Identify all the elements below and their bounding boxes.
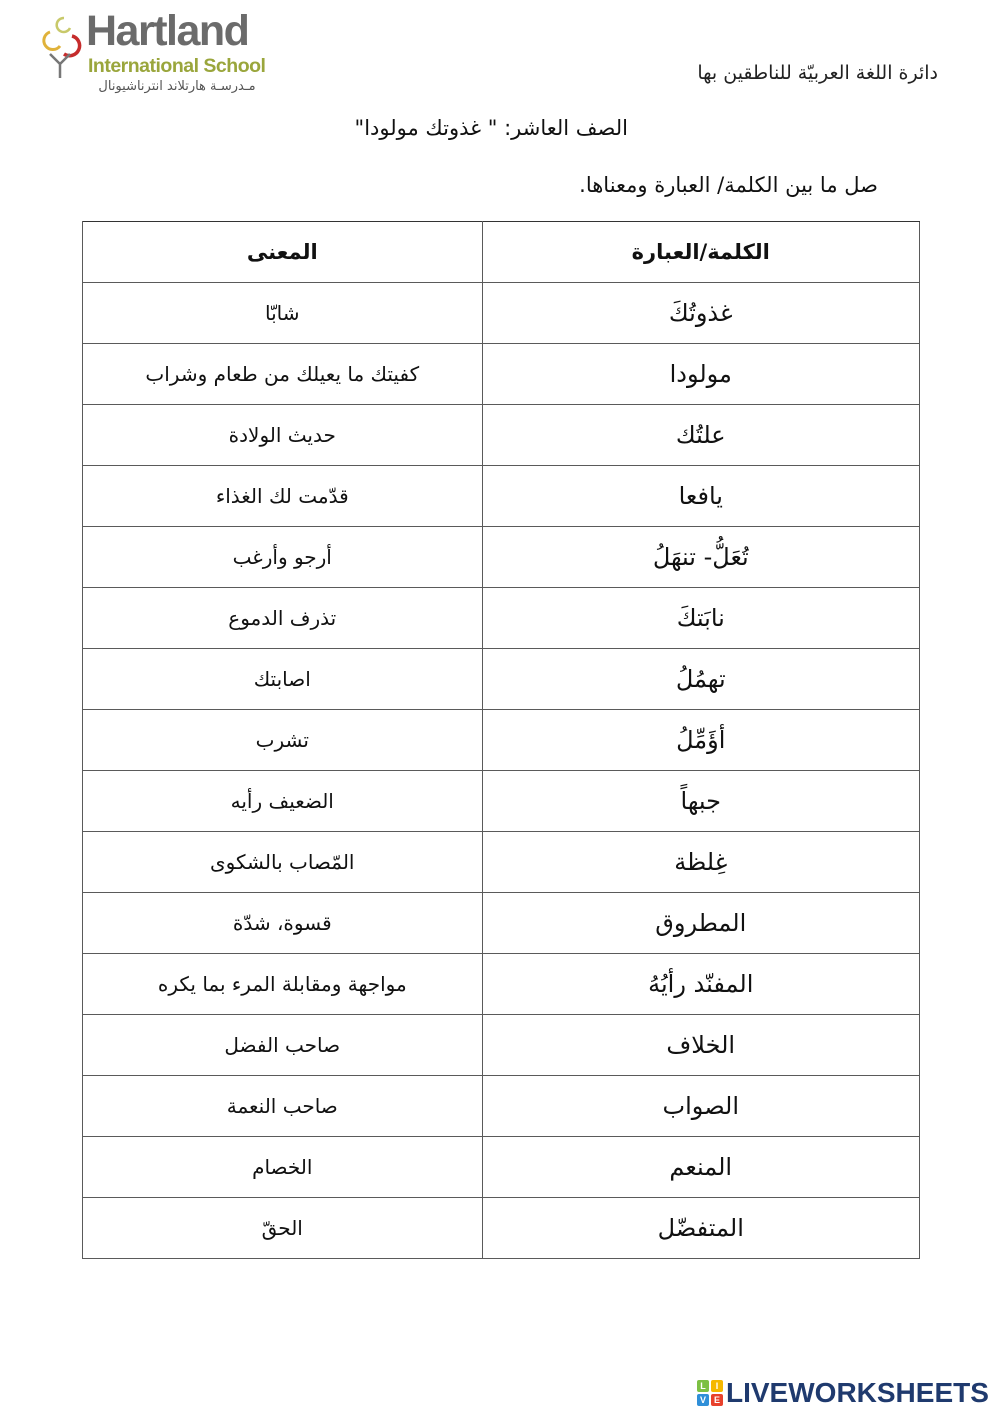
meaning-cell[interactable]: الحقّ — [83, 1198, 483, 1259]
worksheet-instruction: صل ما بين الكلمة/ العبارة ومعناها. — [579, 173, 878, 197]
header-meaning: المعنى — [83, 222, 483, 283]
meaning-cell[interactable]: قسوة، شدّة — [83, 893, 483, 954]
word-cell[interactable]: المتفضّل — [482, 1198, 919, 1259]
table-row: المفنّد رأيُهُ مواجهة ومقابلة المرء بما … — [83, 954, 920, 1015]
table-row: تهمُلُ اصابتك — [83, 649, 920, 710]
logo-subtitle: International School — [88, 57, 265, 77]
table-row: المنعم الخصام — [83, 1137, 920, 1198]
meaning-cell[interactable]: المّصاب بالشكوى — [83, 832, 483, 893]
word-cell[interactable]: نابَتكَ — [482, 588, 919, 649]
word-cell[interactable]: غِلظة — [482, 832, 919, 893]
vocabulary-table: الكلمة/العبارة المعنى غذوتُكَ شابّا مولو… — [82, 221, 920, 1259]
header-word: الكلمة/العبارة — [482, 222, 919, 283]
word-cell[interactable]: الصواب — [482, 1076, 919, 1137]
word-cell[interactable]: المنعم — [482, 1137, 919, 1198]
live-tiles-icon: L I V E — [697, 1380, 723, 1406]
meaning-cell[interactable]: كفيتك ما يعيلك من طعام وشراب — [83, 344, 483, 405]
tree-logo-icon — [36, 14, 84, 80]
meaning-cell[interactable]: اصابتك — [83, 649, 483, 710]
tile-l: L — [697, 1380, 709, 1392]
word-cell[interactable]: مولودا — [482, 344, 919, 405]
table-row: تُعَلُّ- تنهَلُ أرجو وأرغب — [83, 527, 920, 588]
word-cell[interactable]: تُعَلُّ- تنهَلُ — [482, 527, 919, 588]
table-row: الصواب صاحب النعمة — [83, 1076, 920, 1137]
meaning-cell[interactable]: الضعيف رأيه — [83, 771, 483, 832]
table-header-row: الكلمة/العبارة المعنى — [83, 222, 920, 283]
word-cell[interactable]: يافعا — [482, 466, 919, 527]
table-row: الخلاف صاحب الفضل — [83, 1015, 920, 1076]
table-row: غِلظة المّصاب بالشكوى — [83, 832, 920, 893]
meaning-cell[interactable]: صاحب النعمة — [83, 1076, 483, 1137]
meaning-cell[interactable]: أرجو وأرغب — [83, 527, 483, 588]
table-row: المطروق قسوة، شدّة — [83, 893, 920, 954]
word-cell[interactable]: تهمُلُ — [482, 649, 919, 710]
table-row: يافعا قدّمت لك الغذاء — [83, 466, 920, 527]
word-cell[interactable]: الخلاف — [482, 1015, 919, 1076]
tile-v: V — [697, 1394, 709, 1406]
table-row: غذوتُكَ شابّا — [83, 283, 920, 344]
meaning-cell[interactable]: حديث الولادة — [83, 405, 483, 466]
tile-e: E — [711, 1394, 723, 1406]
word-cell[interactable]: غذوتُكَ — [482, 283, 919, 344]
logo-title: Hartland — [86, 10, 248, 53]
word-cell[interactable]: المفنّد رأيُهُ — [482, 954, 919, 1015]
meaning-cell[interactable]: شابّا — [83, 283, 483, 344]
liveworksheets-logo: L I V E LIVEWORKSHEETS — [697, 1377, 989, 1409]
table-row: مولودا كفيتك ما يعيلك من طعام وشراب — [83, 344, 920, 405]
school-logo: Hartland International School مـدرسـة ها… — [36, 12, 276, 102]
logo-arabic-name: مـدرسـة هارتلاند انترناشيونال — [88, 80, 266, 93]
meaning-cell[interactable]: مواجهة ومقابلة المرء بما يكره — [83, 954, 483, 1015]
table-row: نابَتكَ تذرف الدموع — [83, 588, 920, 649]
word-cell[interactable]: أؤَمِّلُ — [482, 710, 919, 771]
worksheet-title: الصف العاشر: " غذوتك مولودا" — [355, 116, 628, 140]
table-row: علتُك حديث الولادة — [83, 405, 920, 466]
table-row: المتفضّل الحقّ — [83, 1198, 920, 1259]
department-name: دائرة اللغة العربيّة للناطقين بها — [697, 62, 938, 84]
word-cell[interactable]: جبهاً — [482, 771, 919, 832]
tile-i: I — [711, 1380, 723, 1392]
meaning-cell[interactable]: صاحب الفضل — [83, 1015, 483, 1076]
meaning-cell[interactable]: تذرف الدموع — [83, 588, 483, 649]
meaning-cell[interactable]: قدّمت لك الغذاء — [83, 466, 483, 527]
liveworksheets-brand: LIVEWORKSHEETS — [726, 1379, 989, 1407]
table-row: أؤَمِّلُ تشرب — [83, 710, 920, 771]
table-row: جبهاً الضعيف رأيه — [83, 771, 920, 832]
word-cell[interactable]: المطروق — [482, 893, 919, 954]
word-cell[interactable]: علتُك — [482, 405, 919, 466]
meaning-cell[interactable]: الخصام — [83, 1137, 483, 1198]
meaning-cell[interactable]: تشرب — [83, 710, 483, 771]
